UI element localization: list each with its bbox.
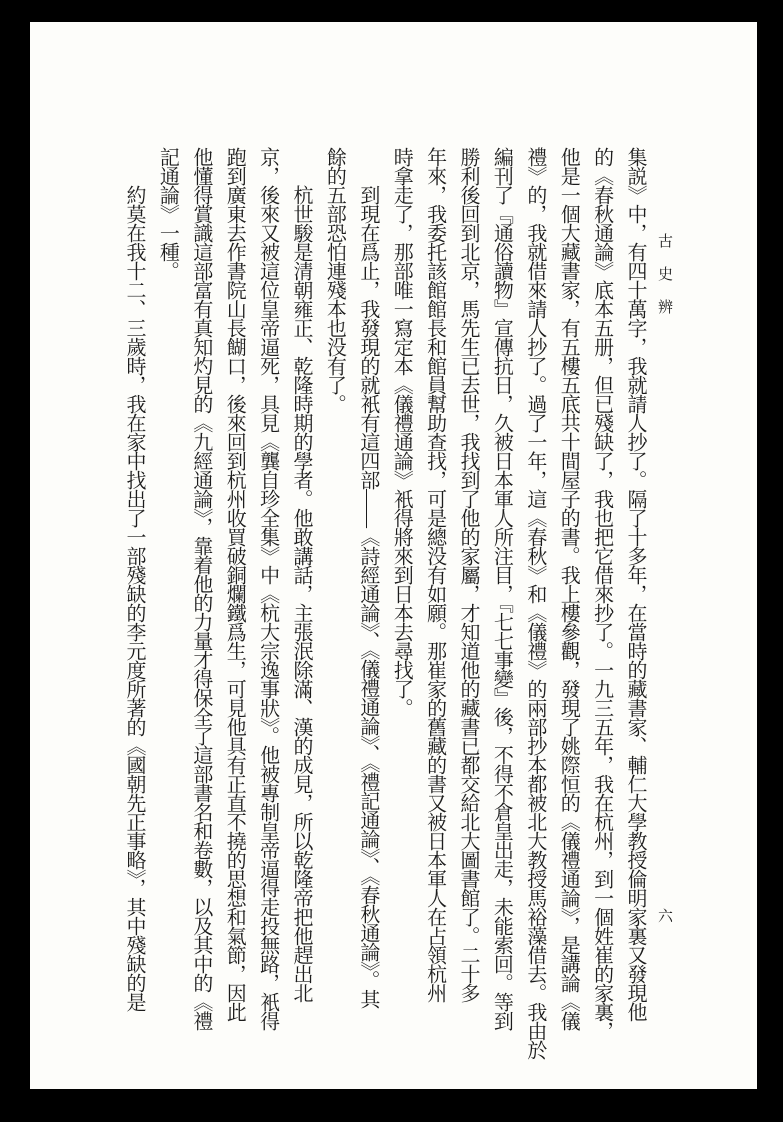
text-column-11: 杭世駿是清朝雍正、乾隆時期的學者。他敢講話，主張泯除滿、漢的成見，所以乾隆帝把他… xyxy=(284,147,317,1072)
text-column-10: 餘的五部恐怕連殘本也没有了。 xyxy=(317,147,350,1072)
book-page: 古史辨 六 集説》中，有四十萬字，我就請人抄了。隔了十多年，在當時的藏書家、輔仁… xyxy=(30,22,757,1089)
text-column-1: 集説》中，有四十萬字，我就請人抄了。隔了十多年，在當時的藏書家、輔仁大學教授倫明… xyxy=(618,147,651,1072)
text-column-7: 年來，我委托該館館長和館員幫助查找，可是總没有如願。那崔家的舊藏的書又被日本軍人… xyxy=(418,147,451,1072)
text-column-2: 的《春秋通論》底本五册，但已殘缺了，我也把它借來抄了。一九三五年，我在杭州，到一… xyxy=(585,147,618,1072)
text-column-9: 到現在爲止，我發現的就衹有這四部——《詩經通論》、《儀禮通論》、《禮記通論》、《… xyxy=(351,147,384,1072)
text-column-12: 京，後來又被這位皇帝逼死，具見《龔自珍全集》中《杭大宗逸事狀》。他被專制皇帝逼得… xyxy=(251,147,284,1072)
text-column-4: 禮》的，我就借來請人抄了。過了一年，這《春秋》和《儀禮》的兩部抄本都被北大教授馬… xyxy=(518,147,551,1072)
text-column-3: 他是一個大藏書家，有五樓五底共十間屋子的書。我上樓參觀，發現了姚際恒的《儀禮通論… xyxy=(551,147,584,1072)
text-column-14: 他懂得賞識這部富有真知灼見的《九經通論》，靠着他的力量才得保全了這部書名和卷數，… xyxy=(184,147,217,1072)
text-column-8: 時拿走了，那部唯一寫定本《儀禮通論》衹得將來到日本去尋找了。 xyxy=(384,147,417,1072)
scan-border: 古史辨 六 集説》中，有四十萬字，我就請人抄了。隔了十多年，在當時的藏書家、輔仁… xyxy=(0,0,783,1122)
text-column-5: 編刊了『通俗讀物』宣傳抗日，久被日本軍人所注目，『七七事變』後，不得不倉皇出走，… xyxy=(484,147,517,1072)
text-column-16: 約莫在我十二、三歲時，我在家中找出了一部殘缺的李元度所著的《國朝先正事略》，其中… xyxy=(117,147,150,1072)
text-column-15: 記通論》一種。 xyxy=(150,147,183,1072)
page-number: 六 xyxy=(651,908,677,923)
text-column-6: 勝利後回到北京，馬先生已去世，我找到了他的家屬，才知道他的藏書已都交給北大圖書館… xyxy=(451,147,484,1072)
text-column-13: 跑到廣東去作書院山長餬口，後來回到杭州收買破銅爛鐵爲生，可見他具有正直不撓的思想… xyxy=(217,147,250,1072)
running-head-book-title: 古史辨 xyxy=(651,233,677,332)
